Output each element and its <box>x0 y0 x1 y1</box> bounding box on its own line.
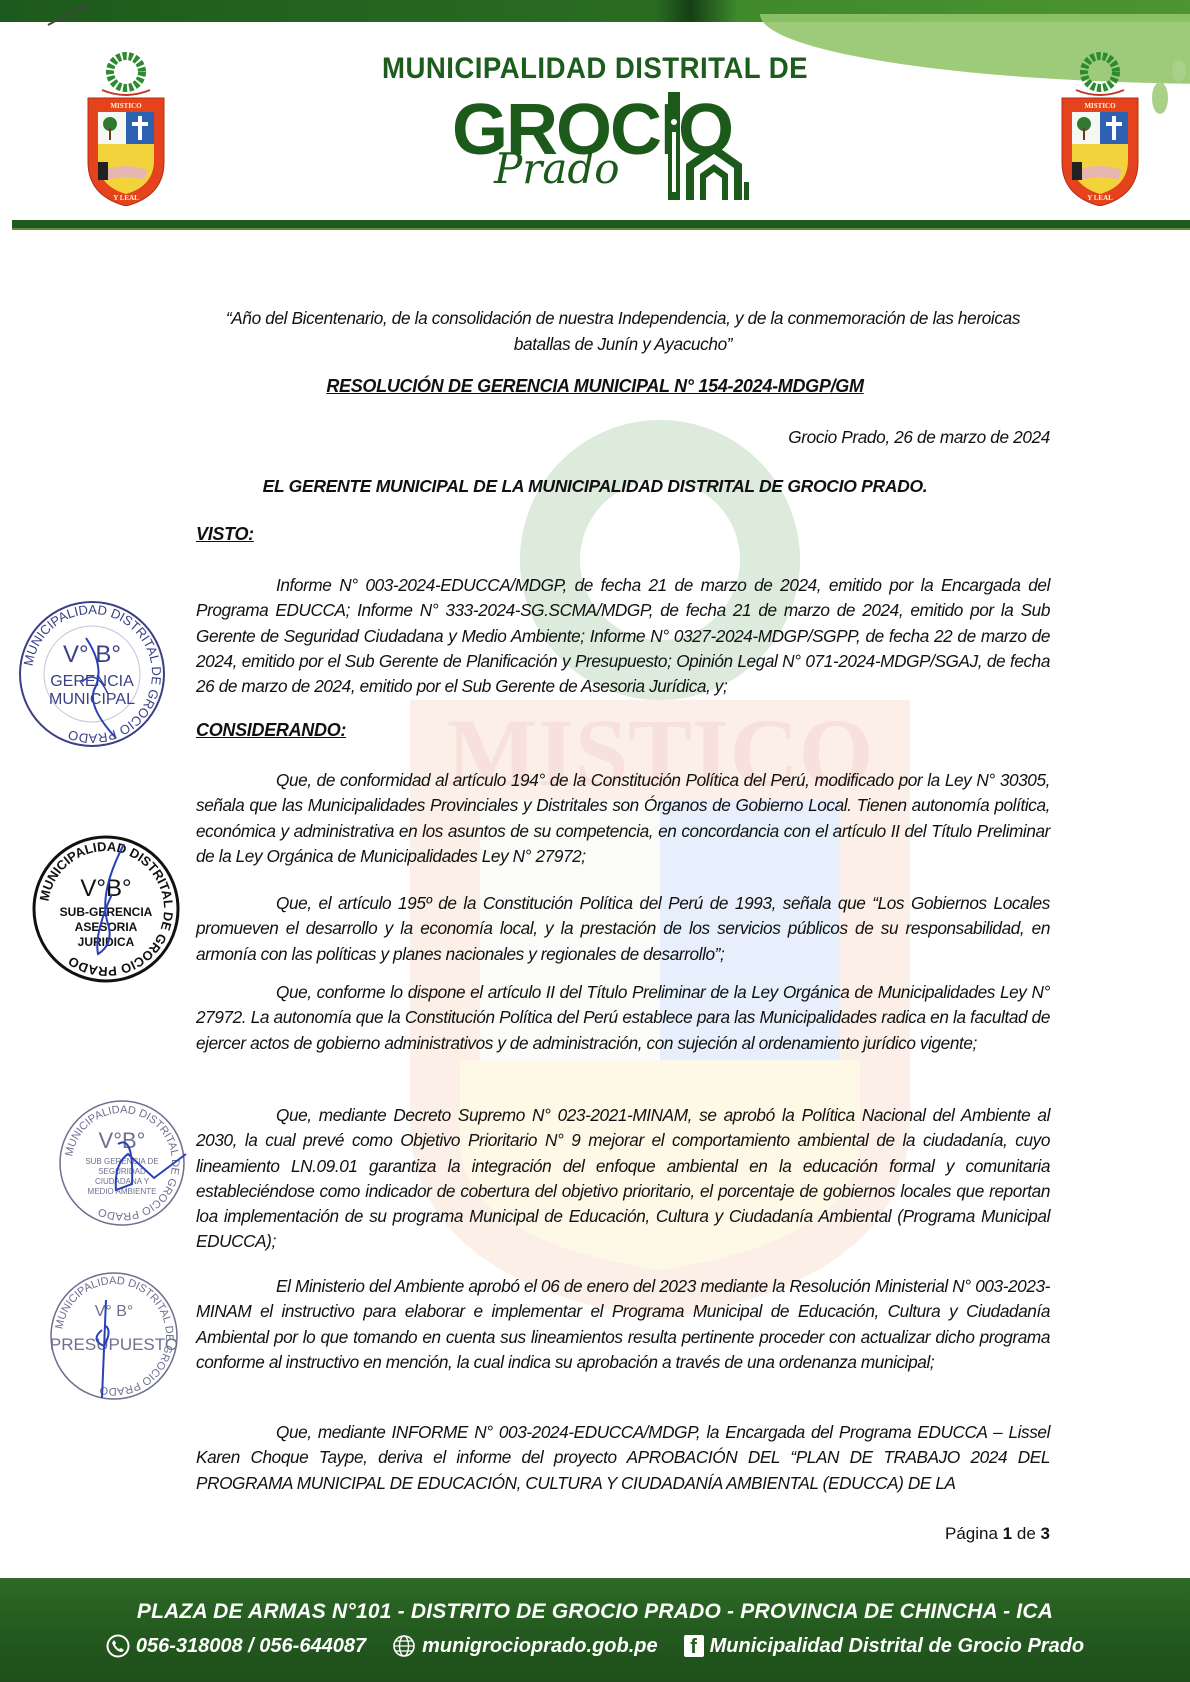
considerando-paragraph-3: Que, conforme lo dispone el artículo II … <box>196 980 1050 1056</box>
footer-facebook[interactable]: f Municipalidad Distrital de Grocio Prad… <box>684 1635 1085 1658</box>
visto-heading: VISTO: <box>196 524 254 545</box>
considerando-heading: CONSIDERANDO: <box>196 720 346 741</box>
visto-paragraph: Informe N° 003-2024-EDUCCA/MDGP, de fech… <box>196 573 1050 699</box>
year-motto: “Año del Bicentenario, de la consolidaci… <box>196 305 1050 357</box>
considerando-paragraph-5: El Ministerio del Ambiente aprobó el 06 … <box>196 1274 1050 1375</box>
footer-contacts: 056-318008 / 056-644087 munigrocioprado.… <box>0 1634 1190 1658</box>
page-number: Página 1 de 3 <box>945 1524 1050 1544</box>
svg-text:Y LEAL: Y LEAL <box>113 194 139 202</box>
issuer-heading: EL GERENTE MUNICIPAL DE LA MUNICIPALIDAD… <box>0 476 1190 497</box>
logo-prado-script: Prado <box>494 148 620 190</box>
svg-text:PRESUPUESTO: PRESUPUESTO <box>50 1335 178 1354</box>
decorative-dot <box>1172 60 1186 82</box>
considerando-paragraph-1: Que, de conformidad al artículo 194° de … <box>196 768 1050 869</box>
considerando-paragraph-6: Que, mediante INFORME N° 003-2024-EDUCCA… <box>196 1420 1050 1496</box>
header-divider <box>12 220 1190 230</box>
stamp-presupuesto: MUNICIPALIDAD DISTRITAL DE GROCIO PRADO … <box>46 1270 182 1402</box>
svg-text:SEGURIDAD: SEGURIDAD <box>98 1167 146 1176</box>
stamp-asesoria-juridica: MUNICIPALIDAD DISTRITAL DE GROCIO PRADO … <box>28 834 184 984</box>
resolution-title: RESOLUCIÓN DE GERENCIA MUNICIPAL N° 154-… <box>0 376 1190 397</box>
considerando-paragraph-4: Que, mediante Decreto Supremo N° 023-202… <box>196 1103 1050 1255</box>
svg-text:CIUDADANA Y: CIUDADANA Y <box>95 1177 150 1186</box>
svg-text:V° B°: V° B° <box>63 641 121 668</box>
stamp-seguridad-ciudadana: MUNICIPALIDAD DISTRITAL DE GROCIO PRADO … <box>58 1094 186 1232</box>
footer-address: PLAZA DE ARMAS N°101 - DISTRITO DE GROCI… <box>0 1600 1190 1624</box>
municipality-header-title: MUNICIPALIDAD DISTRITAL DE <box>48 52 1143 86</box>
considerando-paragraph-2: Que, el artículo 195º de la Constitución… <box>196 891 1050 967</box>
svg-text:V° B°: V° B° <box>95 1303 134 1320</box>
decorative-dot <box>1152 82 1168 114</box>
facebook-icon: f <box>684 1635 704 1657</box>
phone-icon <box>106 1634 130 1658</box>
footer-website[interactable]: munigrocioprado.gob.pe <box>392 1634 658 1658</box>
letterhead-footer: PLAZA DE ARMAS N°101 - DISTRITO DE GROCI… <box>0 1578 1190 1682</box>
svg-text:MUNICIPAL: MUNICIPAL <box>49 691 135 708</box>
logo-church-icon <box>666 92 752 202</box>
stamp-gerencia-municipal: MUNICIPALIDAD DISTRITAL DE GROCIO PRADO … <box>16 598 168 750</box>
svg-text:Y LEAL: Y LEAL <box>1087 194 1113 202</box>
svg-text:ASESORIA: ASESORIA <box>75 920 138 934</box>
svg-text:GERENCIA: GERENCIA <box>50 673 134 690</box>
svg-text:MISTICO: MISTICO <box>110 102 142 110</box>
svg-text:MISTICO: MISTICO <box>1084 102 1116 110</box>
svg-text:V°B°: V°B° <box>99 1128 146 1153</box>
globe-icon <box>392 1634 416 1658</box>
footer-phone: 056-318008 / 056-644087 <box>106 1634 366 1658</box>
place-and-date: Grocio Prado, 26 de marzo de 2024 <box>788 427 1050 448</box>
